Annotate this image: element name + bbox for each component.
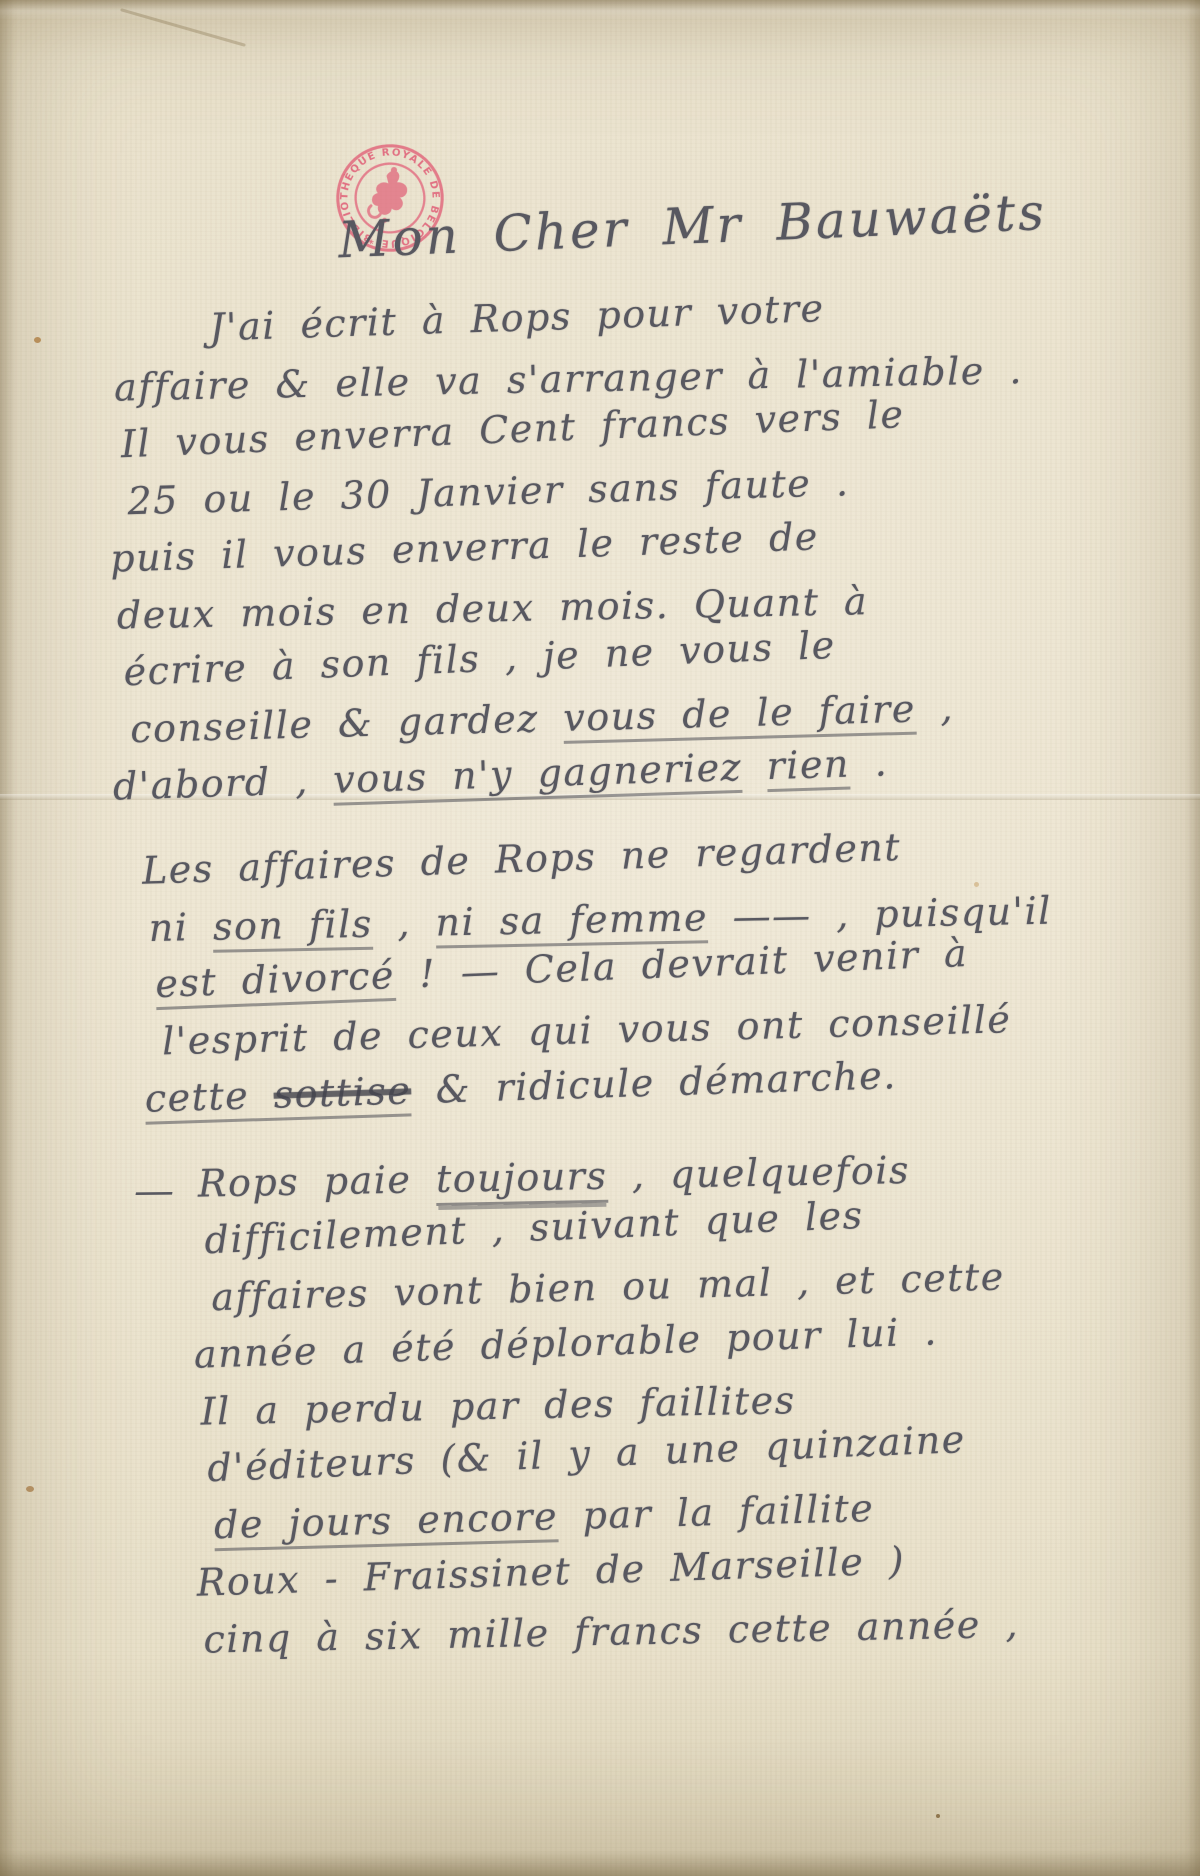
emphasized-text: son fils — [213, 902, 374, 953]
text-segment: & ridicule démarche. — [410, 1053, 897, 1112]
margin-dash: — — [134, 1168, 175, 1214]
text-segment: par la faillite — [557, 1486, 874, 1538]
foxing-spot — [936, 1814, 940, 1818]
emphasized-text: sottise — [273, 1068, 412, 1120]
emphasized-text: rien — [766, 742, 851, 793]
salutation: Mon Cher Mr Bauwaëts — [105, 170, 1121, 289]
paragraph: Les affaires de Rops ne regardentni son … — [114, 831, 1131, 1128]
text-segment: ni — [148, 905, 213, 950]
text-segment: conseille & gardez — [130, 696, 564, 751]
emphasized-text: est divorcé — [155, 953, 396, 1010]
emphasized-text: cette — [144, 1073, 274, 1125]
text-segment: d'abord , — [112, 758, 334, 809]
text-segment: Rops paie — [197, 1157, 436, 1206]
emphasized-text: vous n'y gagneriez — [333, 745, 743, 806]
paragraph: —Rops paie toujours , quelquefoisdiffici… — [118, 1144, 1138, 1669]
text-segment: . — [849, 740, 889, 785]
text-segment: J'ai écrit à Rops pour votre — [209, 286, 825, 349]
text-segment: , — [372, 900, 436, 945]
paper-bottom-edge — [0, 1850, 1200, 1876]
text-segment — [741, 744, 767, 789]
letter-body: J'ai écrit à Rops pour votreaffaire & el… — [107, 290, 1138, 1669]
emphasized-text: de jours encore — [213, 1494, 558, 1551]
paragraph: J'ai écrit à Rops pour votreaffaire & el… — [107, 290, 1127, 815]
text-segment: , — [915, 686, 954, 731]
paper-top-edge — [0, 0, 1200, 20]
letter-page: BIBLIOTHÈQUE ROYALE DE BELGIQUE * Mon Ch… — [0, 0, 1200, 1876]
letter-content: Mon Cher Mr Bauwaëts J'ai écrit à Rops p… — [0, 197, 1200, 1671]
text-segment: Les affaires de Rops ne regardent — [141, 825, 901, 893]
text-segment: cinq à six mille francs cette année , — [203, 1602, 1019, 1662]
